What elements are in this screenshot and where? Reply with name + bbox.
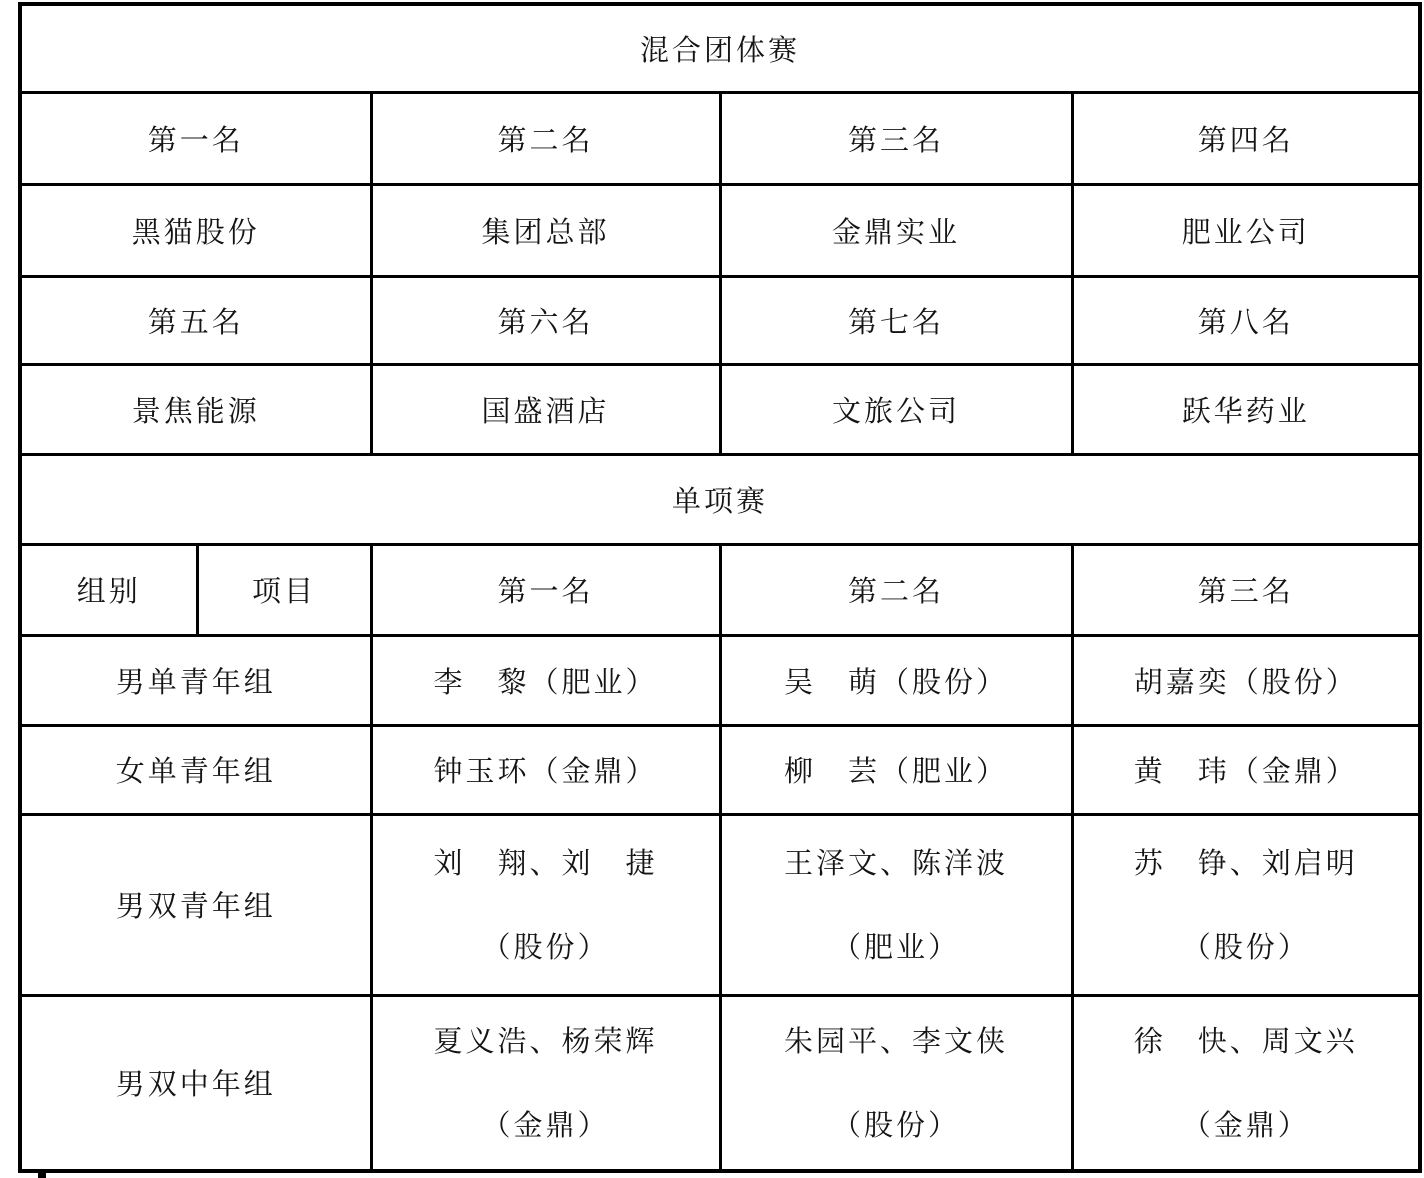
team-event-title-row: 混合团体赛 bbox=[20, 4, 1420, 92]
pair-org: （金鼎） bbox=[1074, 1083, 1419, 1167]
pair-org: （金鼎） bbox=[373, 1083, 719, 1167]
second-place-winner: 吴 萌（股份） bbox=[720, 635, 1072, 725]
team-rank-5: 景焦能源 bbox=[20, 364, 371, 454]
second-place-header: 第二名 bbox=[720, 544, 1072, 635]
group-label: 女单青年组 bbox=[20, 725, 371, 814]
team-rank-8: 跃华药业 bbox=[1072, 364, 1420, 454]
third-place-winner: 徐 快、周文兴 （金鼎） bbox=[1072, 995, 1420, 1171]
womens-singles-youth-row: 女单青年组 钟玉环（金鼎） 柳 芸（肥业） 黄 玮（金鼎） bbox=[20, 725, 1420, 814]
third-place-winner: 胡嘉奕（股份） bbox=[1072, 635, 1420, 725]
team-rank-4: 肥业公司 bbox=[1072, 184, 1420, 276]
group-label: 男双中年组 bbox=[20, 995, 371, 1171]
second-place-winner: 朱园平、李文侠 （股份） bbox=[720, 995, 1072, 1171]
rank-4-header: 第四名 bbox=[1072, 92, 1420, 184]
pair-names: 徐 快、周文兴 bbox=[1074, 999, 1419, 1083]
team-rank-6: 国盛酒店 bbox=[371, 364, 720, 454]
team-rank-7: 文旅公司 bbox=[720, 364, 1072, 454]
team-names-row-2: 景焦能源 国盛酒店 文旅公司 跃华药业 bbox=[20, 364, 1420, 454]
group-label: 男单青年组 bbox=[20, 635, 371, 725]
team-ranks-row-2: 第五名 第六名 第七名 第八名 bbox=[20, 276, 1420, 364]
rank-6-header: 第六名 bbox=[371, 276, 720, 364]
first-place-winner: 夏义浩、杨荣辉 （金鼎） bbox=[371, 995, 720, 1171]
pair-org: （股份） bbox=[373, 905, 719, 989]
group-label: 男双青年组 bbox=[20, 814, 371, 995]
rank-3-header: 第三名 bbox=[720, 92, 1072, 184]
mens-singles-youth-row: 男单青年组 李 黎（肥业） 吴 萌（股份） 胡嘉奕（股份） bbox=[20, 635, 1420, 725]
pair-org: （肥业） bbox=[722, 905, 1071, 989]
third-place-winner: 黄 玮（金鼎） bbox=[1072, 725, 1420, 814]
rank-2-header: 第二名 bbox=[371, 92, 720, 184]
pair-names: 王泽文、陈洋波 bbox=[722, 821, 1071, 905]
team-ranks-row-1: 第一名 第二名 第三名 第四名 bbox=[20, 92, 1420, 184]
team-event-title: 混合团体赛 bbox=[20, 4, 1420, 92]
results-table: 混合团体赛 第一名 第二名 第三名 第四名 黑猫股份 集团总部 金鼎实业 肥业公… bbox=[18, 2, 1422, 1173]
group-column-header: 组别 bbox=[20, 544, 197, 635]
third-place-header: 第三名 bbox=[1072, 544, 1420, 635]
pair-names: 朱园平、李文侠 bbox=[722, 999, 1071, 1083]
team-rank-3: 金鼎实业 bbox=[720, 184, 1072, 276]
team-rank-1: 黑猫股份 bbox=[20, 184, 371, 276]
team-names-row-1: 黑猫股份 集团总部 金鼎实业 肥业公司 bbox=[20, 184, 1420, 276]
pair-org: （股份） bbox=[1074, 905, 1419, 989]
pair-names: 刘 翔、刘 捷 bbox=[373, 821, 719, 905]
rank-5-header: 第五名 bbox=[20, 276, 371, 364]
first-place-winner: 钟玉环（金鼎） bbox=[371, 725, 720, 814]
individual-event-title: 单项赛 bbox=[20, 454, 1420, 544]
second-place-winner: 王泽文、陈洋波 （肥业） bbox=[720, 814, 1072, 995]
rank-1-header: 第一名 bbox=[20, 92, 371, 184]
pair-names: 苏 铮、刘启明 bbox=[1074, 821, 1419, 905]
pair-names: 夏义浩、杨荣辉 bbox=[373, 999, 719, 1083]
first-place-winner: 李 黎（肥业） bbox=[371, 635, 720, 725]
event-column-header: 项目 bbox=[197, 544, 371, 635]
mens-doubles-middle-row: 男双中年组 夏义浩、杨荣辉 （金鼎） 朱园平、李文侠 （股份） 徐 快、周文兴 … bbox=[20, 995, 1420, 1171]
third-place-winner: 苏 铮、刘启明 （股份） bbox=[1072, 814, 1420, 995]
rank-8-header: 第八名 bbox=[1072, 276, 1420, 364]
document-page: 混合团体赛 第一名 第二名 第三名 第四名 黑猫股份 集团总部 金鼎实业 肥业公… bbox=[0, 0, 1424, 1178]
individual-header-row: 组别 项目 第一名 第二名 第三名 bbox=[20, 544, 1420, 635]
rank-7-header: 第七名 bbox=[720, 276, 1072, 364]
pair-org: （股份） bbox=[722, 1083, 1071, 1167]
first-place-winner: 刘 翔、刘 捷 （股份） bbox=[371, 814, 720, 995]
individual-event-title-row: 单项赛 bbox=[20, 454, 1420, 544]
second-place-winner: 柳 芸（肥业） bbox=[720, 725, 1072, 814]
team-rank-2: 集团总部 bbox=[371, 184, 720, 276]
cursor-artifact bbox=[38, 1171, 46, 1178]
first-place-header: 第一名 bbox=[371, 544, 720, 635]
mens-doubles-youth-row: 男双青年组 刘 翔、刘 捷 （股份） 王泽文、陈洋波 （肥业） 苏 铮、刘启明 … bbox=[20, 814, 1420, 995]
